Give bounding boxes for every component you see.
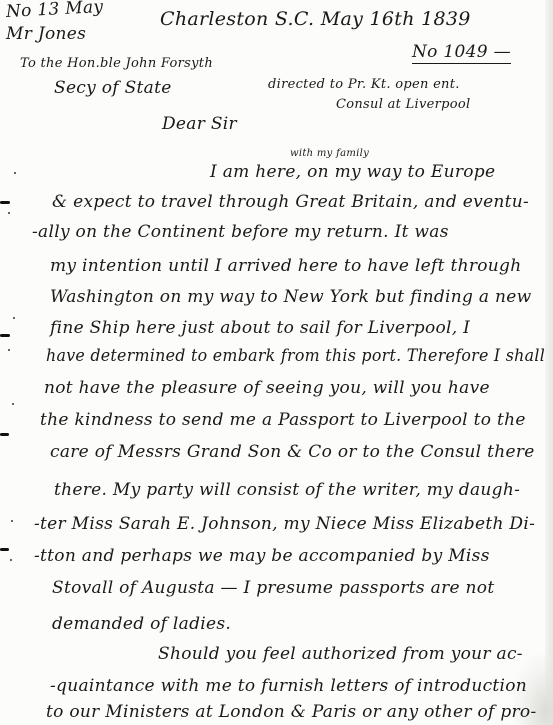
margin-dot [10, 559, 12, 561]
letter-page: No 13 May Mr Jones Charleston S.C. May 1… [0, 0, 553, 725]
body-line: fine Ship here just about to sail for Li… [50, 318, 470, 338]
body-line: Washington on my way to New York but fin… [50, 287, 531, 307]
margin-mark [0, 433, 9, 436]
margin-dot [8, 349, 10, 351]
margin-mark [0, 201, 10, 204]
body-line: have determined to embark from this port… [46, 346, 545, 366]
annotation-line1: directed to Pr. Kt. open ent. [268, 77, 460, 92]
margin-dot [12, 403, 14, 405]
body-line: Should you feel authorized from your ac- [158, 644, 523, 664]
addressee-line2: Secy of State [54, 78, 172, 98]
margin-note-line1: No 13 May [5, 0, 103, 22]
margin-dot [11, 520, 13, 522]
reference-number: No 1049 — [412, 42, 511, 64]
paper-edge-shadow [545, 0, 553, 725]
margin-mark [0, 548, 9, 551]
body-line: -quaintance with me to furnish letters o… [50, 676, 527, 696]
body-line: -ally on the Continent before my return.… [32, 222, 449, 242]
margin-dot [14, 172, 16, 174]
body-line: demanded of ladies. [52, 614, 231, 634]
margin-dot [8, 212, 10, 214]
body-line: not have the pleasure of seeing you, wil… [44, 378, 490, 398]
margin-note-line2: Mr Jones [6, 24, 86, 44]
body-line: & expect to travel through Great Britain… [52, 192, 529, 212]
body-line: there. My party will consist of the writ… [54, 480, 520, 500]
body-line: the kindness to send me a Passport to Li… [40, 410, 526, 430]
dateline: Charleston S.C. May 16th 1839 [160, 8, 471, 30]
annotation-line2: Consul at Liverpool [336, 97, 470, 112]
body-line: I am here, on my way to Europe [210, 162, 495, 182]
margin-dot [13, 317, 15, 319]
interlinear-insert: with my family [290, 148, 369, 159]
addressee-line1: To the Hon.ble John Forsyth [20, 56, 213, 71]
body-line: my intention until I arrived here to hav… [50, 256, 521, 276]
body-line: care of Messrs Grand Son & Co or to the … [50, 442, 535, 462]
body-line: to our Ministers at London & Paris or an… [46, 702, 537, 722]
margin-mark [0, 334, 10, 337]
body-line: Stovall of Augusta — I presume passports… [52, 578, 494, 598]
body-line: -ter Miss Sarah E. Johnson, my Niece Mis… [34, 514, 535, 534]
salutation: Dear Sir [162, 114, 237, 134]
body-line: -tton and perhaps we may be accompanied … [34, 546, 490, 566]
